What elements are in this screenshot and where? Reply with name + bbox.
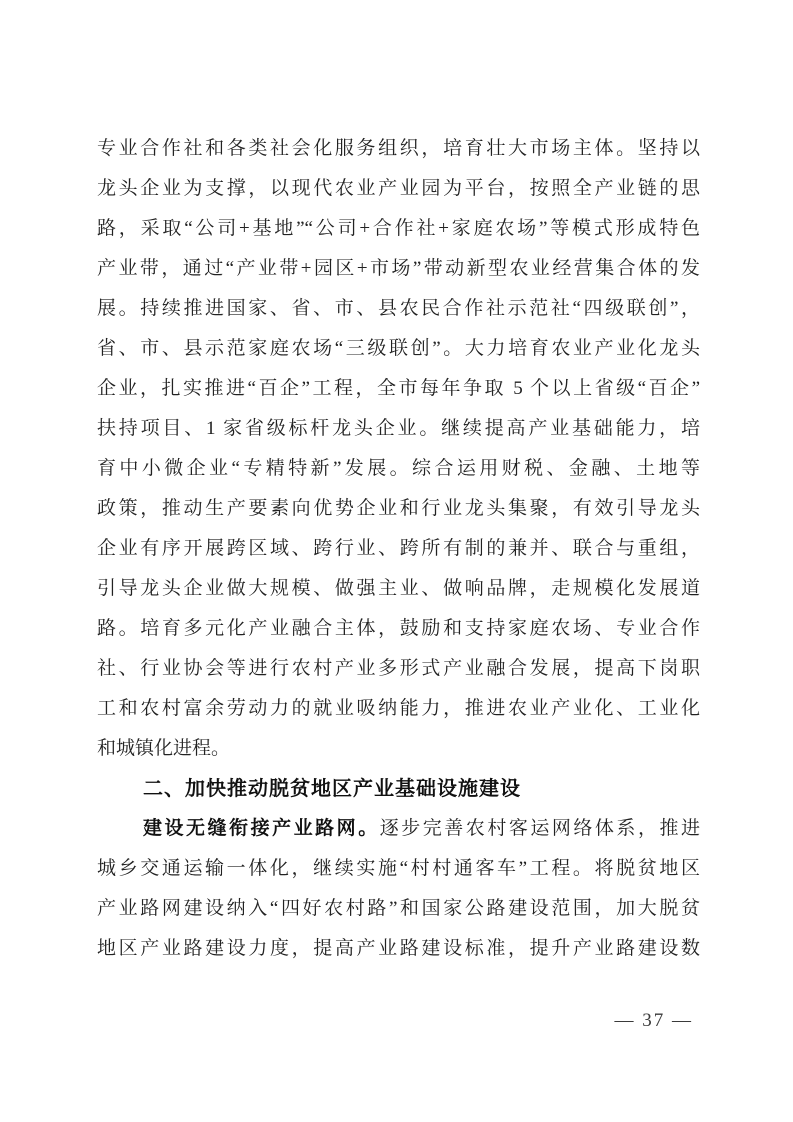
document-line: 地区产业路建设力度，提高产业路建设标准，提升产业路建设数: [97, 929, 700, 969]
document-line: 扶持项目、1 家省级标杆龙头企业。继续提高产业基础能力，培: [97, 409, 700, 449]
paragraph-text: 企业，扎实推进“百企”工程，全市每年争取 5 个以上省级“百企”: [97, 378, 700, 399]
paragraph-text: 企业有序开展跨区域、跨行业、跨所有制的兼并、联合与重组，: [97, 538, 700, 559]
paragraph-text: 路。培育多元化产业融合主体，鼓励和支持家庭农场、专业合作: [97, 618, 700, 639]
paragraph-text: 政策，推动生产要素向优势企业和行业龙头集聚，有效引导龙头: [97, 498, 700, 519]
paragraph-text: 路，采取“公司+基地”“公司+合作社+家庭农场”等模式形成特色: [97, 218, 700, 239]
paragraph-text: 省、市、县示范家庭农场“三级联创”。大力培育农业产业化龙头: [97, 338, 700, 359]
document-line: 龙头企业为支撑，以现代农业产业园为平台，按照全产业链的思: [97, 169, 700, 209]
document-line: 专业合作社和各类社会化服务组织，培育壮大市场主体。坚持以: [97, 129, 700, 169]
paragraph-text: 产业带，通过“产业带+园区+市场”带动新型农业经营集合体的发: [97, 258, 700, 279]
paragraph-text: 工和农村富余劳动力的就业吸纳能力，推进农业产业化、工业化: [97, 698, 700, 719]
document-line: 省、市、县示范家庭农场“三级联创”。大力培育农业产业化龙头: [97, 329, 700, 369]
paragraph-text: 社、行业协会等进行农村产业多形式产业融合发展，提高下岗职: [97, 658, 700, 679]
document-line: 产业带，通过“产业带+园区+市场”带动新型农业经营集合体的发: [97, 249, 700, 289]
paragraph-text: 专业合作社和各类社会化服务组织，培育壮大市场主体。坚持以: [97, 138, 700, 159]
paragraph-text: 逐步完善农村客运网络体系，推进: [380, 818, 700, 839]
document-line: 引导龙头企业做大规模、做强主业、做响品牌，走规模化发展道: [97, 569, 700, 609]
paragraph-text: 引导龙头企业做大规模、做强主业、做响品牌，走规模化发展道: [97, 578, 700, 599]
document-line: 企业，扎实推进“百企”工程，全市每年争取 5 个以上省级“百企”: [97, 369, 700, 409]
paragraph-lead-text: 建设无缝衔接产业路网。: [143, 818, 380, 839]
paragraph-text: 展。持续推进国家、省、市、县农民合作社示范社“四级联创”，: [97, 298, 700, 319]
document-line: 城乡交通运输一体化，继续实施“村村通客车”工程。将脱贫地区: [97, 849, 700, 889]
paragraph-text: 育中小微企业“专精特新”发展。综合运用财税、金融、土地等: [97, 458, 700, 479]
paragraph-text: 地区产业路建设力度，提高产业路建设标准，提升产业路建设数: [97, 938, 700, 959]
document-line: 和城镇化进程。: [97, 729, 700, 769]
document-line: 企业有序开展跨区域、跨行业、跨所有制的兼并、联合与重组，: [97, 529, 700, 569]
document-body: 专业合作社和各类社会化服务组织，培育壮大市场主体。坚持以龙头企业为支撑，以现代农…: [97, 129, 700, 969]
section-heading: 二、加快推动脱贫地区产业基础设施建设: [97, 769, 700, 809]
document-line: 展。持续推进国家、省、市、县农民合作社示范社“四级联创”，: [97, 289, 700, 329]
document-line: 工和农村富余劳动力的就业吸纳能力，推进农业产业化、工业化: [97, 689, 700, 729]
document-line: 路。培育多元化产业融合主体，鼓励和支持家庭农场、专业合作: [97, 609, 700, 649]
paragraph-text: 二、加快推动脱贫地区产业基础设施建设: [143, 778, 521, 800]
document-line: 政策，推动生产要素向优势企业和行业龙头集聚，有效引导龙头: [97, 489, 700, 529]
paragraph-text: 和城镇化进程。: [97, 738, 230, 759]
document-line: 建设无缝衔接产业路网。逐步完善农村客运网络体系，推进: [97, 809, 700, 849]
page-number: — 37 —: [615, 1008, 694, 1034]
document-line: 产业路网建设纳入“四好农村路”和国家公路建设范围，加大脱贫: [97, 889, 700, 929]
document-line: 路，采取“公司+基地”“公司+合作社+家庭农场”等模式形成特色: [97, 209, 700, 249]
paragraph-text: 扶持项目、1 家省级标杆龙头企业。继续提高产业基础能力，培: [97, 418, 700, 439]
paragraph-text: 产业路网建设纳入“四好农村路”和国家公路建设范围，加大脱贫: [97, 898, 700, 919]
document-line: 社、行业协会等进行农村产业多形式产业融合发展，提高下岗职: [97, 649, 700, 689]
document-line: 育中小微企业“专精特新”发展。综合运用财税、金融、土地等: [97, 449, 700, 489]
paragraph-text: 龙头企业为支撑，以现代农业产业园为平台，按照全产业链的思: [97, 178, 700, 199]
document-page: 专业合作社和各类社会化服务组织，培育壮大市场主体。坚持以龙头企业为支撑，以现代农…: [0, 0, 793, 1122]
paragraph-text: 城乡交通运输一体化，继续实施“村村通客车”工程。将脱贫地区: [97, 858, 700, 879]
